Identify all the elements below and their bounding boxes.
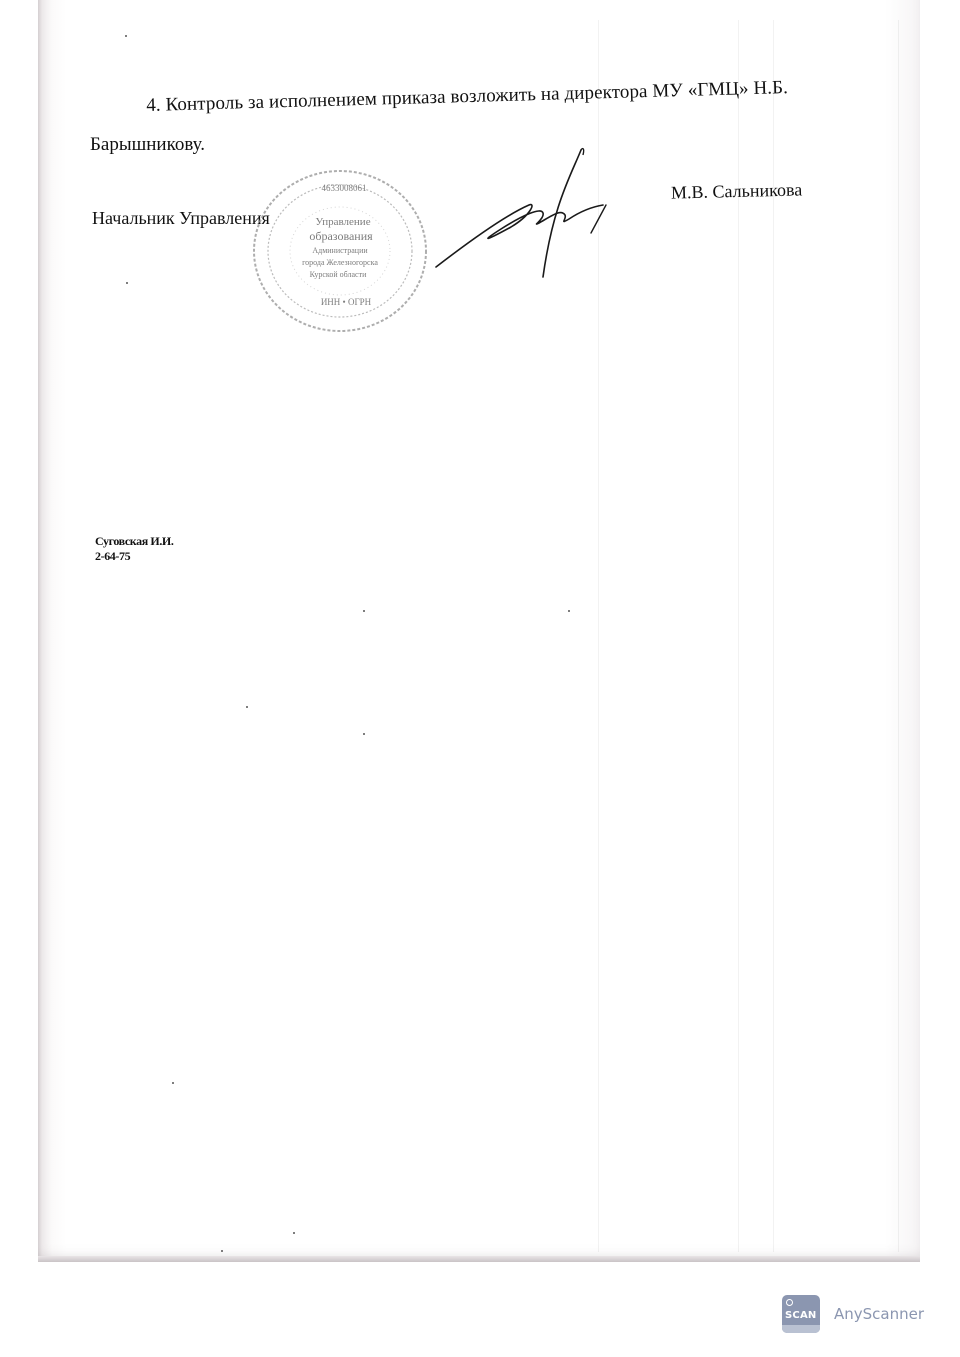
scan-speck [246, 706, 248, 708]
scan-speck [293, 1232, 295, 1234]
official-stamp-icon: Управление образования Администрации гор… [248, 165, 433, 337]
svg-text:Управление: Управление [315, 216, 370, 228]
watermark-label: AnyScanner [834, 1305, 924, 1323]
scan-app-icon: SCAN [782, 1295, 820, 1333]
handwritten-signature-icon [431, 145, 611, 285]
scan-speck [363, 610, 365, 612]
svg-text:4633008061: 4633008061 [322, 183, 367, 193]
scan-speck [568, 610, 570, 612]
signatory-role: Начальник Управления [92, 208, 270, 229]
paragraph-4-line-1: 4. Контроль за исполнением приказа возло… [146, 75, 876, 117]
signatory-name: М.В. Сальникова [671, 179, 803, 203]
scan-speck [126, 282, 128, 284]
svg-text:образования: образования [309, 229, 373, 243]
executor-phone: 2-64-75 [95, 549, 130, 564]
paragraph-4-line-2: Барышникову. [90, 134, 205, 156]
svg-text:Администрации: Администрации [312, 246, 368, 255]
scan-speck [125, 35, 127, 37]
scanned-page: 4. Контроль за исполнением приказа возло… [38, 0, 920, 1262]
svg-text:Курской области: Курской области [310, 270, 368, 279]
anyscanner-watermark: SCAN AnyScanner [782, 1295, 924, 1333]
svg-text:города Железногорска: города Железногорска [302, 258, 378, 267]
scan-speck [172, 1082, 174, 1084]
document-content: 4. Контроль за исполнением приказа возло… [38, 0, 920, 1262]
executor-name: Суговская И.И. [95, 534, 173, 549]
svg-text:ИНН • ОГРН: ИНН • ОГРН [321, 297, 372, 307]
scan-speck [363, 733, 365, 735]
scan-speck [221, 1250, 223, 1252]
scan-icon-text: SCAN [785, 1310, 816, 1321]
